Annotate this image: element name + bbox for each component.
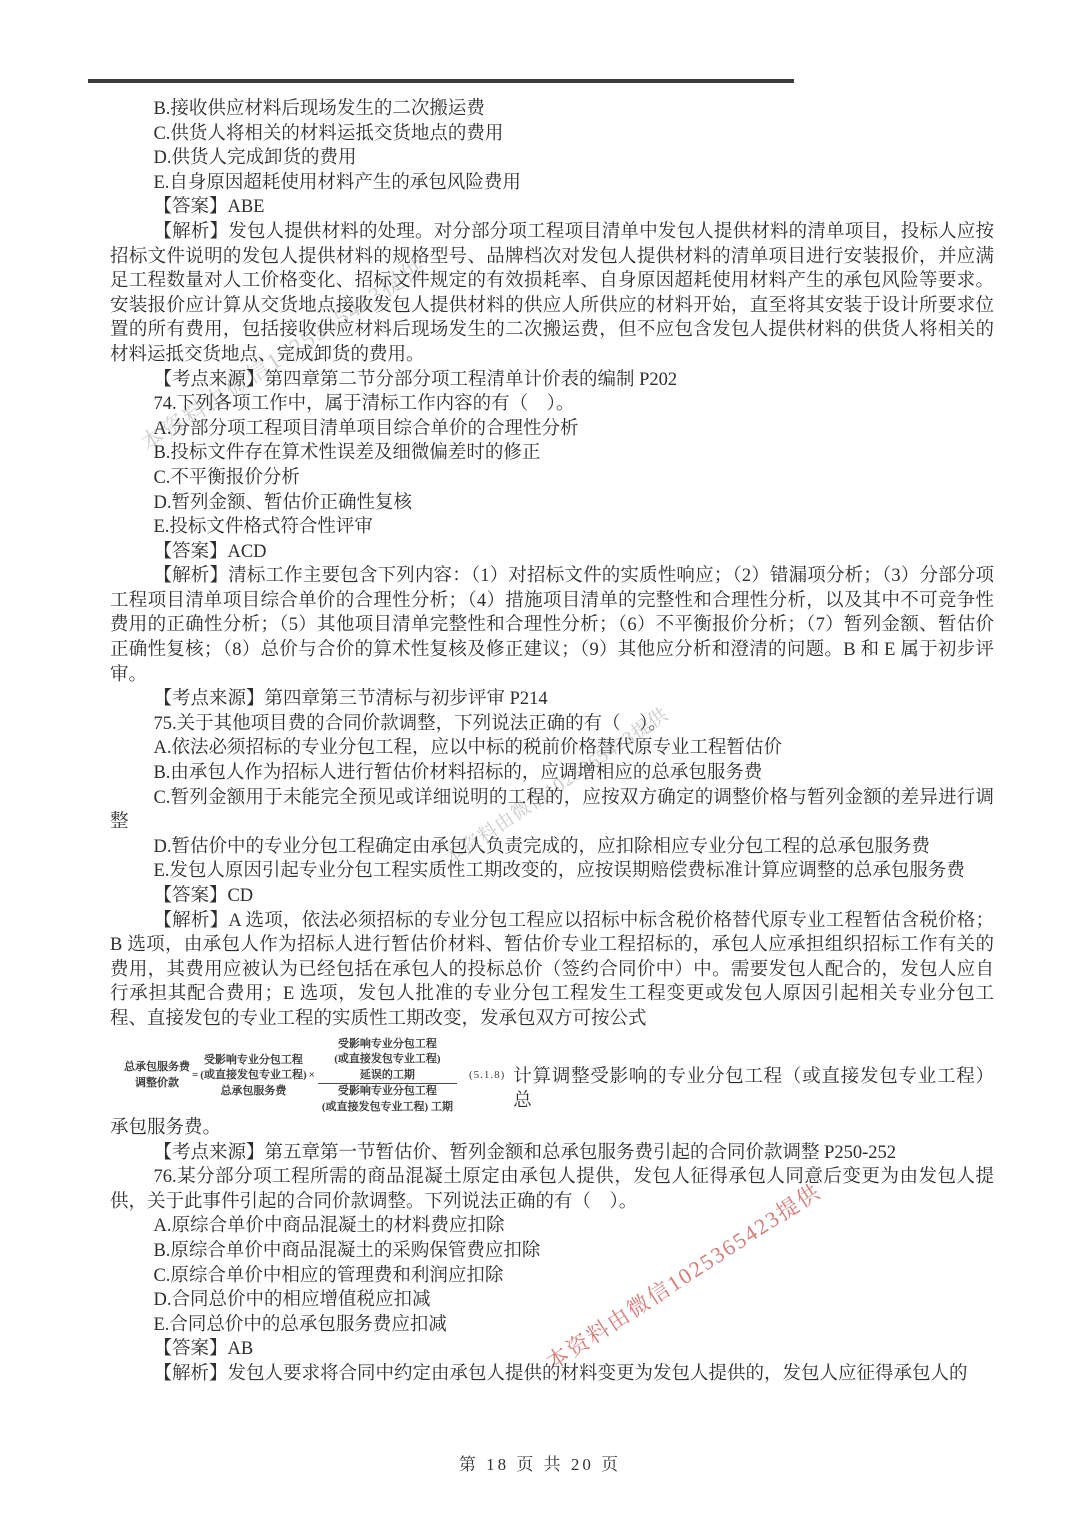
numerator-line1: 受影响专业分包工程 — [338, 1037, 437, 1053]
q76-stem: 76.某分部分项工程所需的商品混凝土原定由承包人提供，发包人征得承包人同意后变更… — [110, 1165, 994, 1214]
q76-option-e: E.合同总价中的总承包服务费应扣减 — [110, 1313, 994, 1338]
q73-answer: 【答案】ABE — [110, 195, 994, 220]
multiply-sign: × — [309, 1068, 315, 1084]
q75-stem: 75.关于其他项目费的合同价款调整，下列说法正确的有（ ）。 — [110, 712, 994, 737]
formula-lhs-line2: 调整价款 — [135, 1076, 179, 1092]
q76-option-b: B.原综合单价中商品混凝土的采购保管费应扣除 — [110, 1239, 994, 1264]
q73-option-e: E.自身原因超耗使用材料产生的承包风险费用 — [110, 171, 994, 196]
numerator-line3: 延误的工期 — [360, 1068, 415, 1084]
equation-number: (5.1.8) — [469, 1068, 505, 1084]
q73-analysis: 【解析】发包人提供材料的处理。对分部分项工程项目清单中发包人提供材料的清单项目，… — [110, 220, 994, 368]
q73-option-b: B.接收供应材料后现场发生的二次搬运费 — [110, 97, 994, 122]
denominator-line2: (或直接发包专业工程) 工期 — [322, 1100, 453, 1116]
formula-factor-line2: (或直接发包专业工程) — [200, 1068, 306, 1084]
q75-analysis: 【解析】A 选项，依法必须招标的专业分包工程应以招标中标含税价格替代原专业工程暂… — [110, 909, 994, 1032]
denominator-line1: 受影响专业分包工程 — [338, 1084, 437, 1100]
numerator-line2: (或直接发包专业工程) — [334, 1052, 440, 1068]
q74-analysis: 【解析】清标工作主要包含下列内容：（1）对招标文件的实质性响应；（2）错漏项分析… — [110, 564, 994, 687]
q76-option-c: C.原综合单价中相应的管理费和利润应扣除 — [110, 1264, 994, 1289]
q75-after-formula-line2: 承包服务费。 — [110, 1116, 994, 1141]
q74-source: 【考点来源】第四章第三节清标与初步评审 P214 — [110, 687, 994, 712]
q74-option-c: C.不平衡报价分析 — [110, 466, 994, 491]
q73-option-c: C.供货人将相关的材料运抵交货地点的费用 — [110, 122, 994, 147]
q75-option-b: B.由承包人作为招标人进行暂估价材料招标的，应调增相应的总承包服务费 — [110, 761, 994, 786]
q75-option-c: C.暂列金额用于未能完全预见或详细说明的工程的，应按双方确定的调整价格与暂列金额… — [110, 786, 994, 835]
q75-option-e: E.发包人原因引起专业分包工程实质性工期改变的，应按误期赔偿费标准计算应调整的总… — [110, 859, 994, 884]
q73-option-d: D.供货人完成卸货的费用 — [110, 146, 994, 171]
q73-source: 【考点来源】第四章第二节分部分项工程清单计价表的编制 P202 — [110, 368, 994, 393]
q76-option-d: D.合同总价中的相应增值税应扣减 — [110, 1288, 994, 1313]
q76-analysis: 【解析】发包人要求将合同中约定由承包人提供的材料变更为发包人提供的，发包人应征得… — [110, 1362, 994, 1387]
q74-option-a: A.分部分项工程项目清单项目综合单价的合理性分析 — [110, 417, 994, 442]
q76-answer: 【答案】AB — [110, 1337, 994, 1362]
q75-option-d: D.暂估价中的专业分包工程确定由承包人负责完成的，应扣除相应专业分包工程的总承包… — [110, 835, 994, 860]
formula-factor-line3: 总承包服务费 — [220, 1084, 286, 1100]
q74-option-d: D.暂列金额、暂估价正确性复核 — [110, 491, 994, 516]
formula-lhs: 总承包服务费 调整价款 — [124, 1060, 190, 1091]
q76-option-a: A.原综合单价中商品混凝土的材料费应扣除 — [110, 1214, 994, 1239]
formula-row: 总承包服务费 调整价款 = 受影响专业分包工程 (或直接发包专业工程) 总承包服… — [124, 1037, 994, 1116]
formula-lhs-line1: 总承包服务费 — [124, 1060, 190, 1076]
header-rule — [88, 79, 794, 83]
q75-option-a: A.依法必须招标的专业分包工程，应以中标的税前价格替代原专业工程暂估价 — [110, 736, 994, 761]
q74-option-e: E.投标文件格式符合性评审 — [110, 515, 994, 540]
page-number: 第 18 页 共 20 页 — [0, 1450, 1080, 1475]
q75-answer: 【答案】CD — [110, 884, 994, 909]
document-body: B.接收供应材料后现场发生的二次搬运费 C.供货人将相关的材料运抵交货地点的费用… — [110, 97, 994, 1387]
formula-fraction: 受影响专业分包工程 (或直接发包专业工程) 延误的工期 受影响专业分包工程 (或… — [318, 1037, 457, 1116]
fraction-denominator: 受影响专业分包工程 (或直接发包专业工程) 工期 — [318, 1083, 457, 1115]
q74-answer: 【答案】ACD — [110, 540, 994, 565]
q74-option-b: B.投标文件存在算术性误差及细微偏差时的修正 — [110, 441, 994, 466]
q75-source: 【考点来源】第五章第一节暂估价、暂列金额和总承包服务费引起的合同价款调整 P25… — [110, 1141, 994, 1166]
q74-stem: 74.下列各项工作中，属于清标工作内容的有（ ）。 — [110, 392, 994, 417]
document-page: 本资料由微信1025365423提供 本资料由微信1025365423提供 本资… — [0, 0, 1080, 1534]
fraction-numerator: 受影响专业分包工程 (或直接发包专业工程) 延误的工期 — [330, 1037, 444, 1084]
formula-5-1-8: 总承包服务费 调整价款 = 受影响专业分包工程 (或直接发包专业工程) 总承包服… — [124, 1037, 505, 1116]
formula-factor: 受影响专业分包工程 (或直接发包专业工程) 总承包服务费 — [200, 1053, 306, 1100]
formula-factor-line1: 受影响专业分包工程 — [204, 1053, 303, 1069]
q75-after-formula-line1: 计算调整受影响的专业分包工程（或直接发包专业工程）总 — [513, 1065, 994, 1115]
equals-sign: = — [192, 1068, 198, 1084]
